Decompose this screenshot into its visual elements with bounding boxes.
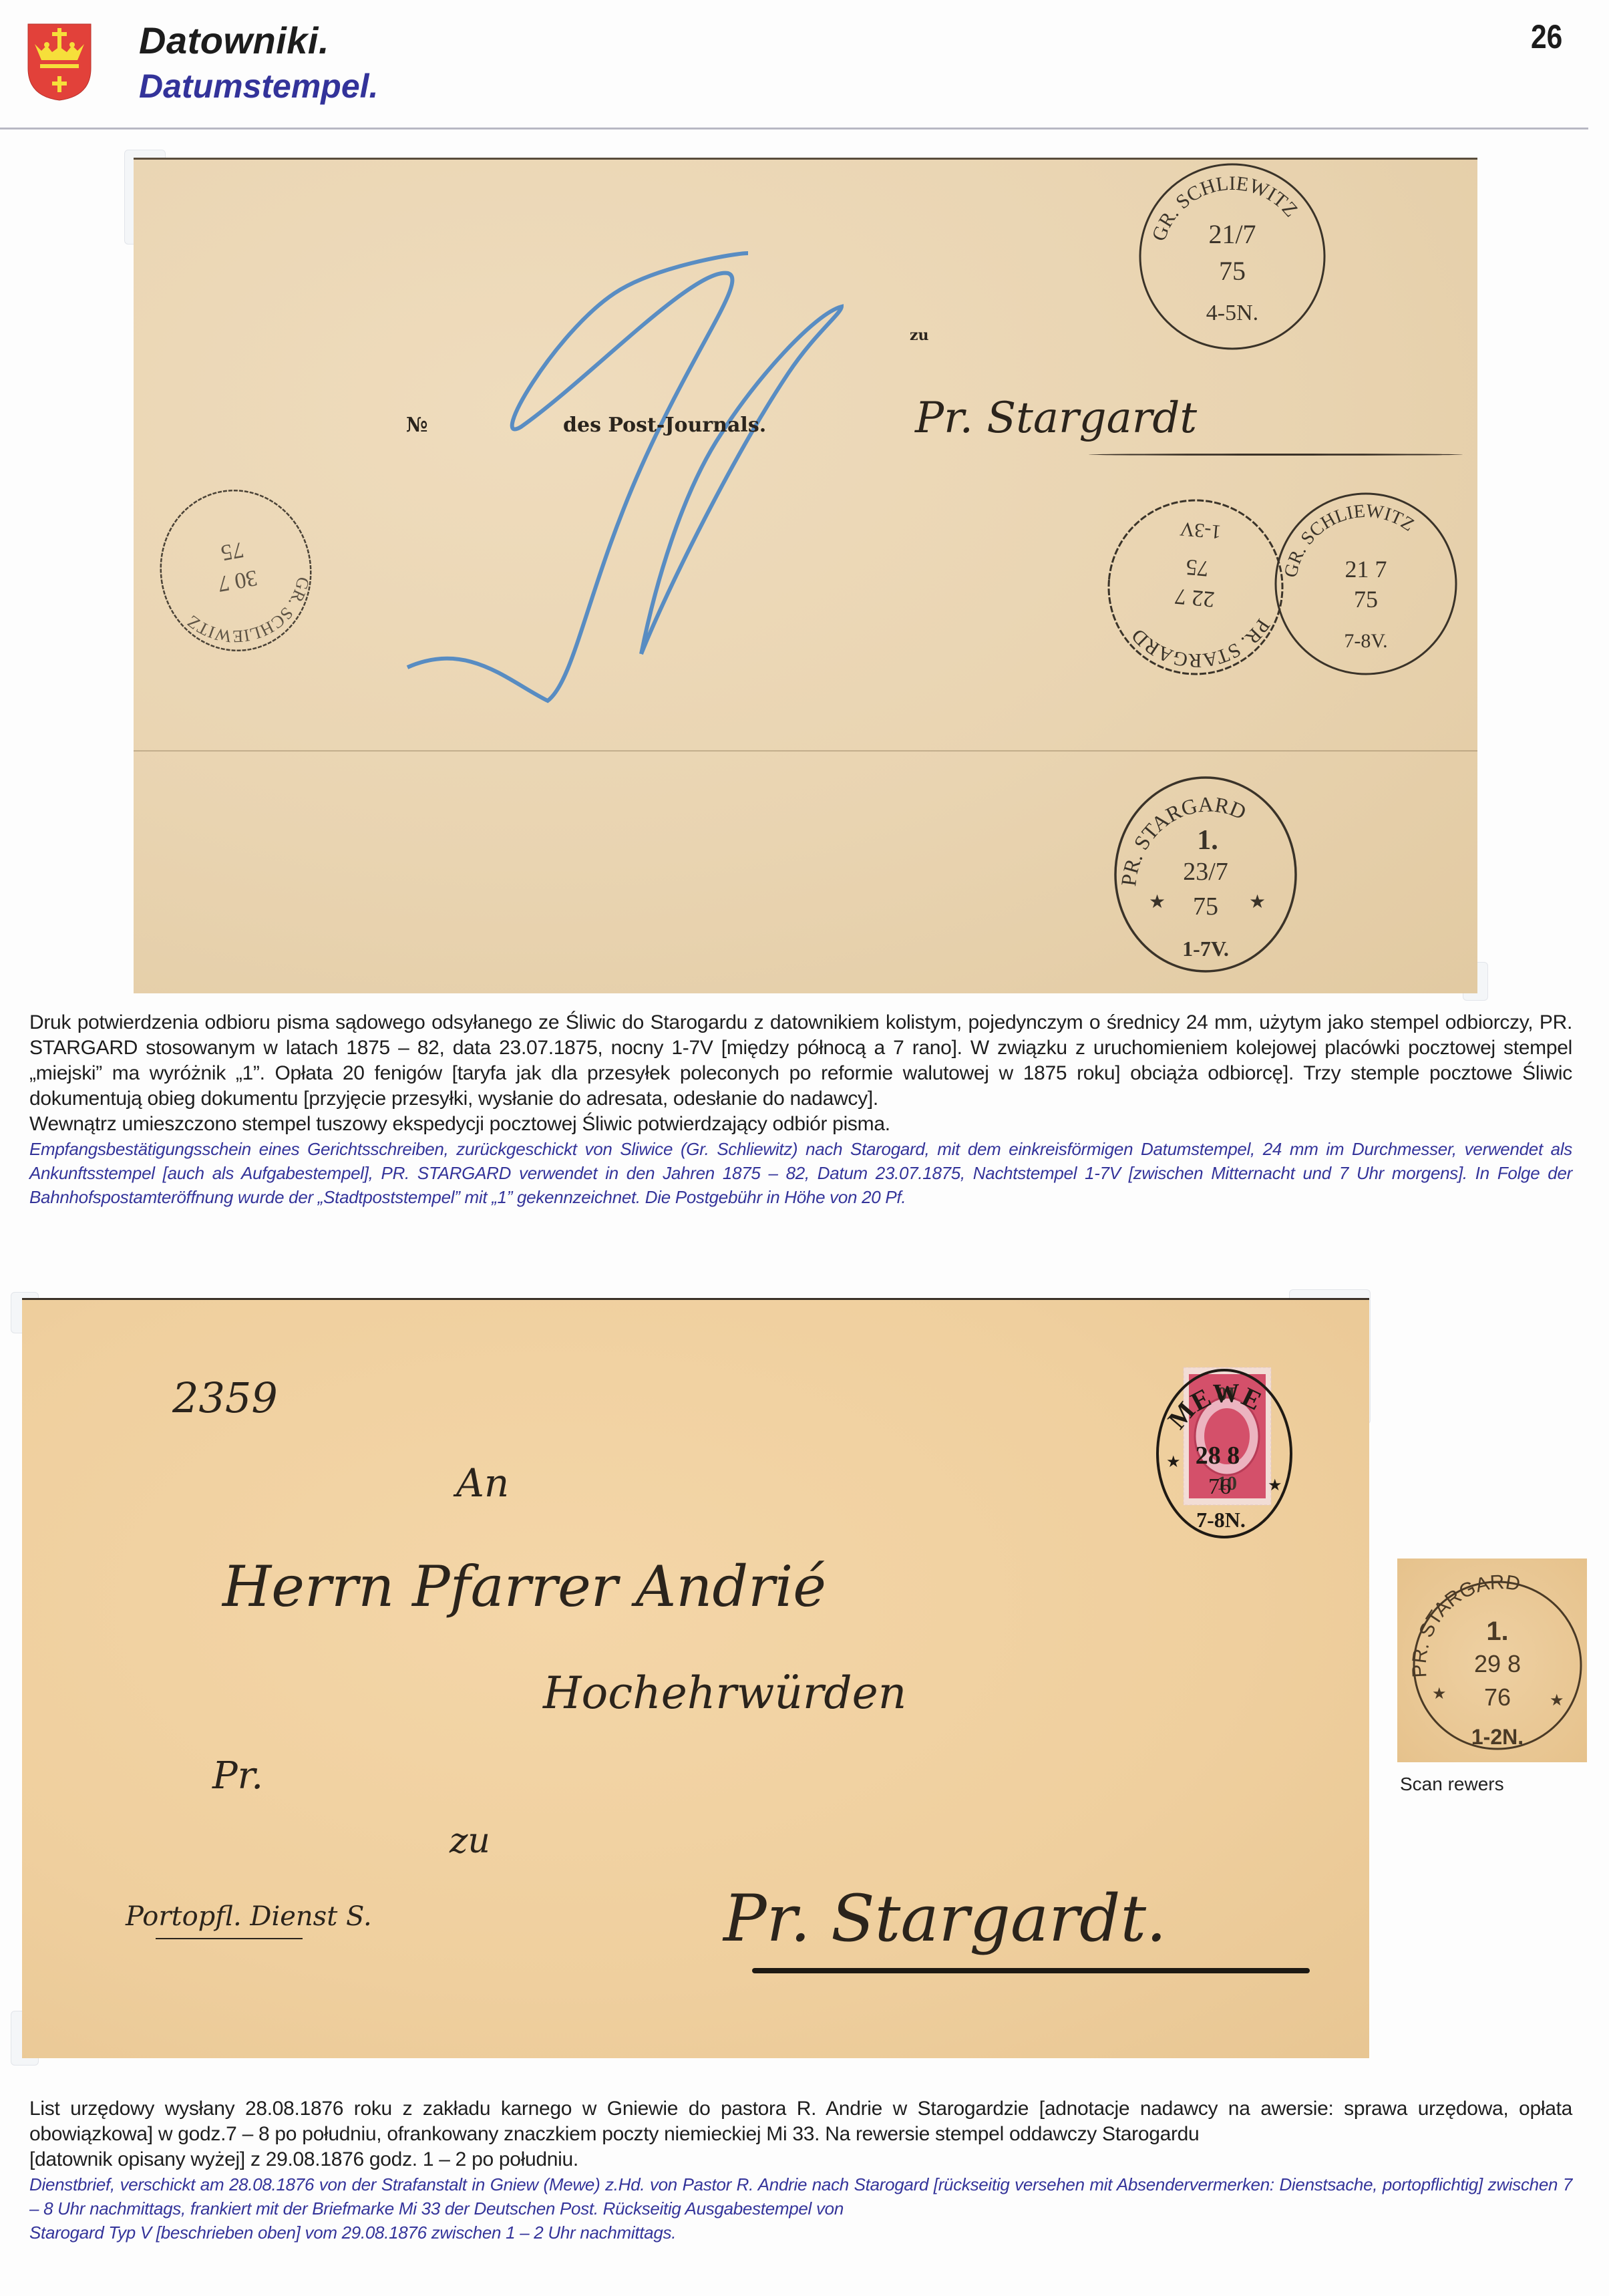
- svg-text:1-7V.: 1-7V.: [1182, 937, 1229, 961]
- blue-crayon-fee-mark: [267, 213, 868, 721]
- printed-number-sign: №: [406, 414, 428, 437]
- svg-text:4-5N.: 4-5N.: [1206, 301, 1258, 325]
- description-polish: List urzędowy wysłany 28.08.1876 roku z …: [29, 2096, 1572, 2147]
- reverse-scan-image: PR. STARGARD 1. 29 8 76 ★ ★ 1-2N.: [1397, 1559, 1587, 1762]
- svg-text:21/7: 21/7: [1208, 219, 1256, 249]
- svg-text:23/7: 23/7: [1183, 858, 1228, 886]
- svg-text:76: 76: [1208, 1474, 1231, 1499]
- handwritten-number: 2359: [172, 1373, 278, 1422]
- svg-text:1.: 1.: [1197, 825, 1218, 856]
- svg-text:1-2N.: 1-2N.: [1471, 1725, 1524, 1749]
- svg-text:75: 75: [219, 537, 246, 565]
- postmark-pr-stargard-receiving: PR. STARGARD 1. 23/7 75 ★ ★ 1-7V.: [1109, 774, 1302, 975]
- svg-text:75: 75: [1354, 586, 1378, 613]
- coat-of-arms-crown-icon: [27, 21, 92, 102]
- svg-text:7-8V.: 7-8V.: [1344, 630, 1387, 652]
- page-title: Datowniki.: [139, 19, 329, 62]
- svg-text:75: 75: [1193, 892, 1218, 921]
- svg-text:1.: 1.: [1486, 1617, 1508, 1646]
- svg-text:MEWE: MEWE: [1161, 1377, 1266, 1434]
- description-polish: Druk potwierdzenia odbioru pisma sądoweg…: [29, 1010, 1572, 1112]
- description-block-1: Druk potwierdzenia odbioru pisma sądoweg…: [29, 1010, 1572, 1209]
- svg-text:PR. STARGARD: PR. STARGARD: [1125, 604, 1275, 678]
- cover-official-letter-1876: 2359 An Herrn Pfarrer Andrié Hochehrwürd…: [22, 1298, 1369, 2058]
- sender-note: Portopfl. Dienst S.: [126, 1901, 372, 1932]
- header-divider: [0, 128, 1588, 130]
- svg-text:28 8: 28 8: [1196, 1442, 1240, 1470]
- fold-line: [134, 750, 1477, 752]
- description-polish-last: [datownik opisany wyżej] z 29.08.1876 go…: [29, 2147, 1572, 2172]
- destination-underline: [752, 1968, 1310, 1973]
- postmark-gr-schliewitz-inverted: GR. SCHLIEWITZ 30 7 75: [139, 474, 333, 667]
- svg-text:29 8: 29 8: [1474, 1650, 1521, 1677]
- description-polish-last: Wewnątrz umieszczono stempel tuszowy eks…: [29, 1112, 1572, 1137]
- svg-text:★: ★: [1149, 892, 1166, 913]
- svg-text:75: 75: [1219, 256, 1246, 286]
- svg-text:★: ★: [1249, 892, 1266, 913]
- printed-zu: zu: [910, 327, 929, 344]
- svg-text:★: ★: [1166, 1454, 1181, 1471]
- svg-text:★: ★: [1550, 1691, 1564, 1709]
- page-number: 26: [1531, 17, 1562, 56]
- printed-journal-label: des Post-Journals.: [563, 414, 766, 437]
- description-german: Empfangsbestätigungsschein eines Gericht…: [29, 1137, 1572, 1209]
- svg-text:★: ★: [1432, 1685, 1447, 1703]
- postmark-pr-stargard-inverted: PR. STARGARD 22 7 75 1-3V: [1094, 486, 1296, 688]
- reverse-scan-label: Scan rewers: [1400, 1774, 1504, 1795]
- description-german: Dienstbrief, verschickt am 28.08.1876 vo…: [29, 2172, 1572, 2221]
- svg-text:76: 76: [1484, 1683, 1511, 1711]
- svg-text:21 7: 21 7: [1345, 556, 1387, 583]
- handwritten-pr: Pr.: [212, 1754, 263, 1798]
- handwritten-destination: Pr. Stargardt.: [723, 1881, 1167, 1956]
- svg-text:1-3V: 1-3V: [1179, 518, 1222, 543]
- handwritten-zu: zu: [450, 1821, 490, 1861]
- postmark-pr-stargard-reverse: PR. STARGARD 1. 29 8 76 ★ ★ 1-2N.: [1397, 1559, 1587, 1762]
- description-german-last: Starogard Typ V [beschrieben oben] vom 2…: [29, 2221, 1572, 2245]
- svg-text:22 7: 22 7: [1174, 583, 1215, 611]
- description-block-2: List urzędowy wysłany 28.08.1876 roku z …: [29, 2096, 1572, 2245]
- postmark-mewe: MEWE 28 8 76 7-8N. ★ ★: [1134, 1367, 1334, 1540]
- svg-text:75: 75: [1185, 554, 1210, 581]
- svg-text:7-8N.: 7-8N.: [1196, 1508, 1246, 1532]
- postmark-gr-schliewitz-top: GR. SCHLIEWITZ 21/7 75 4-5N.: [1135, 160, 1329, 353]
- handwritten-title: Hochehrwürden: [543, 1667, 906, 1719]
- sender-note-underline: [156, 1938, 303, 1939]
- postmark-gr-schliewitz-right: GR. SCHLIEWITZ 21 7 75 7-8V.: [1269, 487, 1463, 681]
- handwritten-addressee: Herrn Pfarrer Andrié: [222, 1554, 826, 1619]
- page-subtitle: Datumstempel.: [139, 67, 378, 106]
- svg-text:★: ★: [1268, 1477, 1282, 1494]
- handwritten-an: An: [456, 1460, 509, 1506]
- cover-receipt-1875: № des Post-Journals. zu Pr. Stargardt GR…: [134, 158, 1477, 993]
- flourish-underline: [1089, 454, 1463, 456]
- handwritten-destination: Pr. Stargardt: [915, 393, 1197, 443]
- svg-text:30 7: 30 7: [216, 565, 259, 597]
